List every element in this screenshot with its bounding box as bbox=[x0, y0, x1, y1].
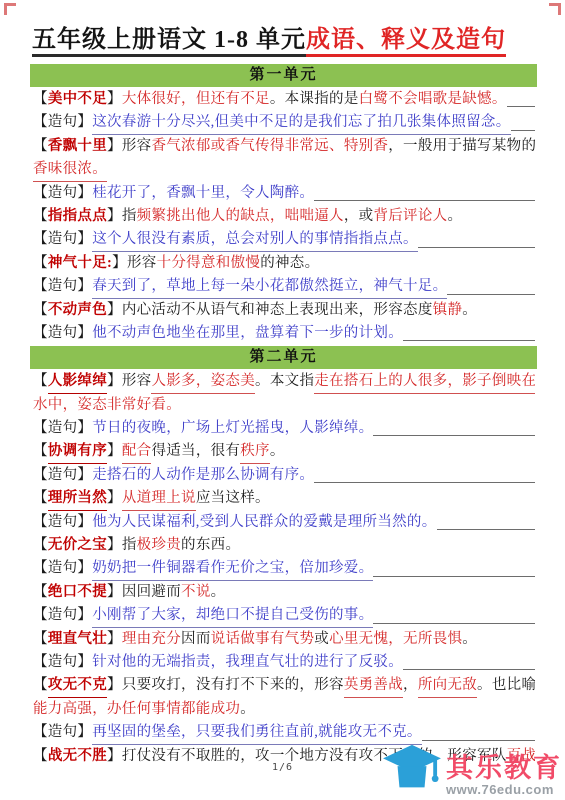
sentence-row: 【造句】他不动声色地坐在那里，盘算着下一步的计划。 bbox=[33, 322, 535, 345]
sentence-row: 【造句】小刚帮了大家，却绝口不提自己受伤的事。 bbox=[33, 604, 535, 627]
text-segment: 【造句】 bbox=[33, 557, 92, 580]
sentence-row: 【造句】春天到了，草地上每一朵小花都傲然挺立，神气十足。 bbox=[33, 275, 535, 298]
text-segment: 【造句】 bbox=[33, 111, 92, 134]
text-segment: 【造句】 bbox=[33, 511, 92, 534]
title-red-part: 成语、释义及造句 bbox=[306, 27, 506, 57]
text-segment: 背后评论人 bbox=[373, 205, 447, 228]
sentence-row: 【造句】这次春游十分尽兴,但美中不足的是我们忘了拍几张集体照留念。 bbox=[33, 111, 535, 134]
sentence-row: 【造句】他为人民谋福利,受到人民群众的爱戴是理所当然的。 bbox=[33, 511, 535, 534]
text-segment: 】 bbox=[107, 135, 122, 158]
text-segment: 能力高强，办任何事情都能成功 bbox=[33, 698, 240, 721]
text-segment: 。 bbox=[462, 628, 477, 651]
text-segment: 】 bbox=[107, 534, 122, 557]
text-segment: 】 bbox=[107, 487, 122, 510]
entry-row: 【理所当然】从道理上说应当这样。 bbox=[33, 487, 535, 510]
idiom-term: 美中不足 bbox=[48, 88, 107, 111]
text-segment: 的神态。 bbox=[260, 252, 319, 275]
page-title: 五年级上册语文 1-8 单元成语、释义及造句 bbox=[0, 0, 565, 59]
text-segment: 香气浓郁或香气传得非常远、特别香 bbox=[151, 135, 388, 158]
text-segment: 【 bbox=[33, 581, 48, 604]
ruled-line bbox=[507, 106, 535, 107]
text-segment: ，一般用于描写某物的 bbox=[388, 135, 535, 158]
ruled-line bbox=[403, 669, 535, 670]
text-segment: 。 bbox=[270, 440, 285, 463]
text-segment: 】 bbox=[107, 299, 122, 322]
text-segment: 【造句】 bbox=[33, 604, 92, 627]
text-segment: 频繁挑出他人的缺点，咄咄逼人 bbox=[137, 205, 344, 228]
text-segment: 或 bbox=[314, 628, 329, 651]
text-segment: 。 bbox=[447, 205, 462, 228]
text-segment: 【 bbox=[33, 628, 48, 651]
text-segment: 因回避而 bbox=[122, 581, 181, 604]
text-segment: 理由充分 bbox=[122, 628, 181, 651]
entry-row: 香味很浓。 bbox=[33, 158, 535, 181]
text-segment: 【 bbox=[33, 370, 48, 393]
brand-logo: 其乐教育 www.76edu.com bbox=[381, 743, 562, 798]
text-segment: 。 bbox=[240, 698, 255, 721]
sentence-row: 【造句】奶奶把一件铜器看作无价之宝，倍加珍爱。 bbox=[33, 557, 535, 580]
idiom-term: 指指点点 bbox=[48, 205, 107, 228]
corner-mark-right bbox=[549, 3, 561, 15]
sentence-row: 【造句】走搭石的人动作是那么协调有序。 bbox=[33, 464, 535, 487]
text-segment: 【造句】 bbox=[33, 417, 92, 440]
text-segment: 】 bbox=[107, 370, 122, 393]
text-segment: 【造句】 bbox=[33, 228, 92, 251]
text-segment: 【 bbox=[33, 299, 48, 322]
text-segment: 配合 bbox=[122, 440, 152, 463]
text-segment: ，或 bbox=[344, 205, 374, 228]
text-segment: 不说 bbox=[181, 581, 211, 604]
text-segment: 白鹭不会唱歌是缺憾。 bbox=[359, 88, 507, 111]
text-segment: 说话做事有气势 bbox=[211, 628, 315, 651]
text-segment: 指 bbox=[122, 534, 137, 557]
text-segment: 极珍贵 bbox=[137, 534, 181, 557]
text-segment: 香味很浓。 bbox=[33, 158, 107, 181]
idiom-term: 理所当然 bbox=[48, 487, 107, 510]
text-segment: 因而 bbox=[181, 628, 211, 651]
idiom-term: 人影绰绰 bbox=[48, 370, 107, 393]
ruled-line bbox=[403, 340, 535, 341]
section-banner: 第一单元 bbox=[30, 64, 537, 87]
text-segment: 形容 bbox=[127, 252, 157, 275]
entry-row: 【不动声色】内心活动不从语气和神态上表现出来，形容态度镇静。 bbox=[33, 299, 535, 322]
idiom-term: 理直气壮 bbox=[48, 628, 107, 651]
text-segment: 】 bbox=[107, 88, 122, 111]
ruled-line bbox=[373, 435, 535, 436]
entry-row: 【指指点点】指频繁挑出他人的缺点，咄咄逼人，或背后评论人。 bbox=[33, 205, 535, 228]
section-banner: 第二单元 bbox=[30, 346, 537, 369]
text-segment: 走搭石的人动作是那么协调有序。 bbox=[92, 464, 314, 487]
text-segment: 这次春游十分尽兴,但美中不足的是我们忘了拍几张集体照留念。 bbox=[92, 111, 510, 134]
entry-row: 【攻无不克】只要攻打，没有打不下来的，形容英勇善战，所向无敌。也比喻 bbox=[33, 674, 535, 697]
content: 第一单元【美中不足】大体很好，但还有不足。本课指的是白鹭不会唱歌是缺憾。【造句】… bbox=[0, 64, 565, 768]
text-segment: 【 bbox=[33, 487, 48, 510]
text-segment: 形容 bbox=[122, 135, 152, 158]
ruled-line bbox=[373, 576, 535, 577]
text-segment: 【 bbox=[33, 135, 48, 158]
text-segment: 。 bbox=[211, 581, 226, 604]
text-segment: 】 bbox=[107, 628, 122, 651]
entry-row: 【理直气壮】理由充分因而说话做事有气势或心里无愧，无所畏惧。 bbox=[33, 628, 535, 651]
text-segment: 秩序 bbox=[240, 440, 270, 463]
text-segment: 【 bbox=[33, 88, 48, 111]
text-segment: 【 bbox=[33, 252, 48, 275]
brand-text-block: 其乐教育 www.76edu.com bbox=[446, 754, 562, 798]
text-segment: 。 bbox=[462, 299, 477, 322]
ruled-line bbox=[511, 130, 535, 131]
text-segment: 只要攻打，没有打不下来的，形容 bbox=[122, 674, 344, 697]
text-segment: 从道理上说 bbox=[122, 487, 196, 510]
idiom-term: 协调有序 bbox=[48, 440, 107, 463]
text-segment: 小刚帮了大家，却绝口不提自己受伤的事。 bbox=[92, 604, 373, 627]
text-segment: 。本课指的是 bbox=[270, 88, 359, 111]
text-segment: 水中，姿态非常好看。 bbox=[33, 394, 181, 417]
text-segment: 】 bbox=[107, 440, 122, 463]
idiom-term: 无价之宝 bbox=[48, 534, 107, 557]
text-segment: 【造句】 bbox=[33, 275, 92, 298]
ruled-line bbox=[447, 294, 535, 295]
sentence-row: 【造句】这个人很没有素质，总会对别人的事情指指点点。 bbox=[33, 228, 535, 251]
brand-site: www.76edu.com bbox=[446, 782, 554, 798]
text-segment: 【造句】 bbox=[33, 721, 92, 744]
sentence-row: 【造句】节日的夜晚，广场上灯光摇曳，人影绰绰。 bbox=[33, 417, 535, 440]
entry-row: 【绝口不提】因回避而不说。 bbox=[33, 581, 535, 604]
entry-row: 【人影绰绰】形容人影多，姿态美。本文指走在搭石上的人很多，影子倒映在 bbox=[33, 370, 535, 393]
sentence-row: 【造句】再坚固的堡垒，只要我们勇往直前,就能攻无不克。 bbox=[33, 721, 535, 744]
text-segment: 所向无敌 bbox=[418, 674, 477, 697]
text-segment: 【造句】 bbox=[33, 651, 92, 674]
text-segment: ， bbox=[403, 674, 418, 697]
ruled-line bbox=[422, 740, 535, 741]
graduation-cap-icon bbox=[381, 743, 443, 797]
sentence-row: 【造句】针对他的无端指责，我理直气壮的进行了反驳。 bbox=[33, 651, 535, 674]
text-segment: 针对他的无端指责，我理直气壮的进行了反驳。 bbox=[92, 651, 403, 674]
text-segment: 【造句】 bbox=[33, 464, 92, 487]
text-segment: 【 bbox=[33, 205, 48, 228]
ruled-line bbox=[437, 529, 535, 530]
ruled-line bbox=[314, 200, 535, 201]
idiom-term: 绝口不提 bbox=[48, 581, 107, 604]
entry-row: 水中，姿态非常好看。 bbox=[33, 394, 535, 417]
text-segment: 的东西。 bbox=[181, 534, 240, 557]
text-segment: 再坚固的堡垒，只要我们勇往直前,就能攻无不克。 bbox=[92, 721, 422, 744]
brand-name: 其乐教育 bbox=[446, 754, 562, 782]
text-segment: 】 bbox=[107, 674, 122, 697]
text-segment: 【造句】 bbox=[33, 322, 92, 345]
text-segment: 节日的夜晚，广场上灯光摇曳，人影绰绰。 bbox=[92, 417, 373, 440]
text-segment: 他不动声色地坐在那里，盘算着下一步的计划。 bbox=[92, 322, 403, 345]
text-segment: 】 bbox=[112, 252, 127, 275]
text-segment: 这个人很没有素质，总会对别人的事情指指点点。 bbox=[92, 228, 418, 251]
entry-row: 【美中不足】大体很好，但还有不足。本课指的是白鹭不会唱歌是缺憾。 bbox=[33, 88, 535, 111]
text-segment: 形容 bbox=[122, 370, 152, 393]
text-segment: 应当这样。 bbox=[196, 487, 270, 510]
ruled-line bbox=[418, 247, 535, 248]
text-segment: 【 bbox=[33, 440, 48, 463]
sentence-row: 【造句】桂花开了，香飘十里，令人陶醉。 bbox=[33, 182, 535, 205]
text-segment: 镇静 bbox=[433, 299, 463, 322]
corner-mark-left bbox=[4, 3, 16, 15]
text-segment: 桂花开了，香飘十里，令人陶醉。 bbox=[92, 182, 314, 205]
entry-row: 【无价之宝】指极珍贵的东西。 bbox=[33, 534, 535, 557]
text-segment: 英勇善战 bbox=[344, 674, 403, 697]
text-segment: 得适当，很有 bbox=[151, 440, 240, 463]
entry-row: 能力高强，办任何事情都能成功。 bbox=[33, 698, 535, 721]
text-segment: 人影多，姿态美 bbox=[151, 370, 255, 393]
ruled-line bbox=[314, 482, 535, 483]
entry-row: 【协调有序】配合得适当，很有秩序。 bbox=[33, 440, 535, 463]
text-segment: 。也比喻 bbox=[477, 674, 535, 697]
title-black-part: 五年级上册语文 1-8 单元 bbox=[32, 27, 306, 57]
text-segment: 十分得意和傲慢 bbox=[157, 252, 261, 275]
text-segment: 】 bbox=[107, 205, 122, 228]
text-segment: 内心活动不从语气和神态上表现出来，形容态度 bbox=[122, 299, 433, 322]
text-segment: 奶奶把一件铜器看作无价之宝，倍加珍爱。 bbox=[92, 557, 373, 580]
text-segment: 【 bbox=[33, 674, 48, 697]
text-segment: 【造句】 bbox=[33, 182, 92, 205]
entry-row: 【神气十足:】形容十分得意和傲慢的神态。 bbox=[33, 252, 535, 275]
ruled-line bbox=[373, 623, 535, 624]
text-segment: 【 bbox=[33, 534, 48, 557]
text-segment: 。本文指 bbox=[255, 370, 314, 393]
text-segment: 春天到了，草地上每一朵小花都傲然挺立，神气十足。 bbox=[92, 275, 447, 298]
idiom-term: 攻无不克 bbox=[48, 674, 107, 697]
text-segment: 他为人民谋福利,受到人民群众的爱戴是理所当然的。 bbox=[92, 511, 436, 534]
entry-row: 【香飘十里】形容香气浓郁或香气传得非常远、特别香，一般用于描写某物的 bbox=[33, 135, 535, 158]
text-segment: 走在搭石上的人很多，影子倒映在 bbox=[314, 370, 535, 393]
idiom-term: 神气十足: bbox=[48, 252, 112, 275]
text-segment: 】 bbox=[107, 581, 122, 604]
text-segment: 大体很好，但还有不足 bbox=[122, 88, 270, 111]
idiom-term: 不动声色 bbox=[48, 299, 107, 322]
idiom-term: 香飘十里 bbox=[48, 135, 107, 158]
text-segment: 指 bbox=[122, 205, 137, 228]
text-segment: 心里无愧，无所畏惧 bbox=[329, 628, 462, 651]
